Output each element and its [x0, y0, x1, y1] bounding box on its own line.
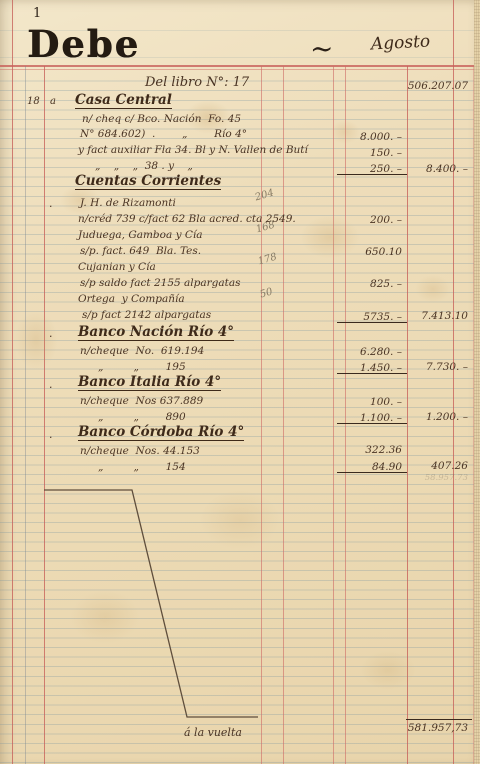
ledger-page: 1 Debe ~ Agosto Del libro N°: 17 506.207…: [0, 0, 480, 764]
grand-total: 581.957,73: [400, 722, 468, 734]
blank-space-strike: [0, 0, 480, 764]
grand-total-line: [406, 719, 472, 720]
carry-over-note: á la vuelta: [184, 727, 242, 739]
